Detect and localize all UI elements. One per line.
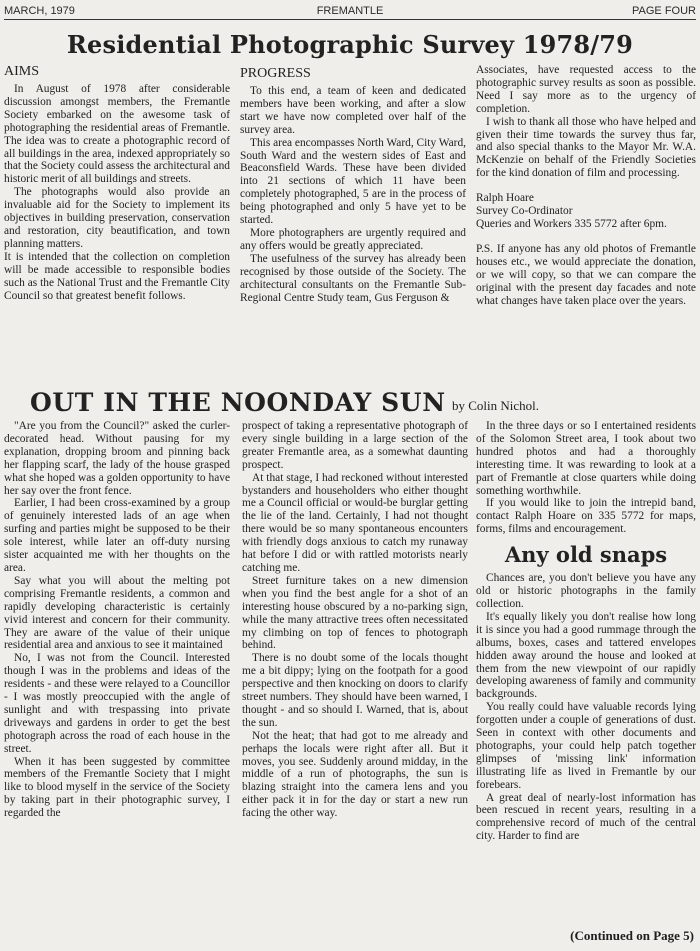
postscript: P.S. If anyone has any old photos of Fre… [476, 243, 696, 308]
noonday-paragraph: Street furniture takes on a new dimensio… [242, 575, 468, 652]
publication-name: FREMANTLE [4, 5, 696, 17]
signature-name: Ralph Hoare [476, 192, 696, 205]
aims-paragraph: The photographs would also provide an in… [4, 186, 230, 251]
aims-paragraph: In August of 1978 after considerable dis… [4, 83, 230, 186]
snaps-paragraph: A great deal of nearly-lost information … [476, 792, 696, 844]
noonday-header: OUT IN THE NOONDAY SUN by Colin Nichol. [0, 388, 700, 418]
signature-title: Survey Co-Ordinator [476, 205, 696, 218]
progress-paragraph: This area encompasses North Ward, City W… [240, 137, 466, 227]
noonday-paragraph: There is no doubt some of the locals tho… [242, 652, 468, 729]
noonday-headline: OUT IN THE NOONDAY SUN [30, 388, 446, 417]
noonday-paragraph: prospect of taking a representative phot… [242, 420, 468, 472]
snaps-paragraph: It's equally likely you don't realise ho… [476, 611, 696, 701]
noonday-paragraph: At that stage, I had reckoned without in… [242, 472, 468, 575]
progress-paragraph: More photographers are urgently required… [240, 227, 466, 253]
survey-paragraph: Associates, have requested access to the… [476, 64, 696, 116]
noonday-paragraph: If you would like to join the intrepid b… [476, 497, 696, 536]
progress-paragraph: To this end, a team of keen and dedicate… [240, 85, 466, 137]
snaps-paragraph: Chances are, you don't believe you have … [476, 572, 696, 611]
page-number: PAGE FOUR [632, 5, 696, 17]
aims-column: AIMS In August of 1978 after considerabl… [4, 64, 230, 302]
noonday-paragraph: "Are you from the Council?" asked the cu… [4, 420, 230, 497]
byline: by Colin Nichol. [452, 398, 539, 414]
survey-paragraph: I wish to thank all those who have helpe… [476, 116, 696, 181]
noonday-paragraph: No, I was not from the Council. Interest… [4, 652, 230, 755]
aims-paragraph: It is intended that the collection on co… [4, 251, 230, 303]
noonday-paragraph: When it has been suggested by committee … [4, 756, 230, 821]
noonday-paragraph: In the three days or so I entertained re… [476, 420, 696, 497]
progress-column: PROGRESS To this end, a team of keen and… [240, 66, 466, 304]
continued-note: (Continued on Page 5) [570, 928, 694, 944]
noonday-column-3: In the three days or so I entertained re… [476, 420, 696, 843]
progress-paragraph: The usefulness of the survey has already… [240, 253, 466, 305]
noonday-paragraph: Earlier, I had been cross-examined by a … [4, 497, 230, 574]
signature-contact: Queries and Workers 335 5772 after 6pm. [476, 218, 696, 231]
survey-column-3: Associates, have requested access to the… [476, 64, 696, 307]
noonday-column-1: "Are you from the Council?" asked the cu… [4, 420, 230, 820]
aims-subhead: AIMS [4, 64, 230, 80]
snaps-headline: Any old snaps [476, 542, 696, 568]
noonday-column-2: prospect of taking a representative phot… [242, 420, 468, 820]
snaps-paragraph: You really could have valuable records l… [476, 701, 696, 791]
noonday-paragraph: Say what you will about the melting pot … [4, 575, 230, 652]
survey-headline: Residential Photographic Survey 1978/79 [0, 30, 700, 59]
masthead: MARCH, 1979 FREMANTLE PAGE FOUR [4, 2, 696, 20]
noonday-paragraph: Not the heat; that had got to me already… [242, 730, 468, 820]
progress-subhead: PROGRESS [240, 66, 466, 82]
